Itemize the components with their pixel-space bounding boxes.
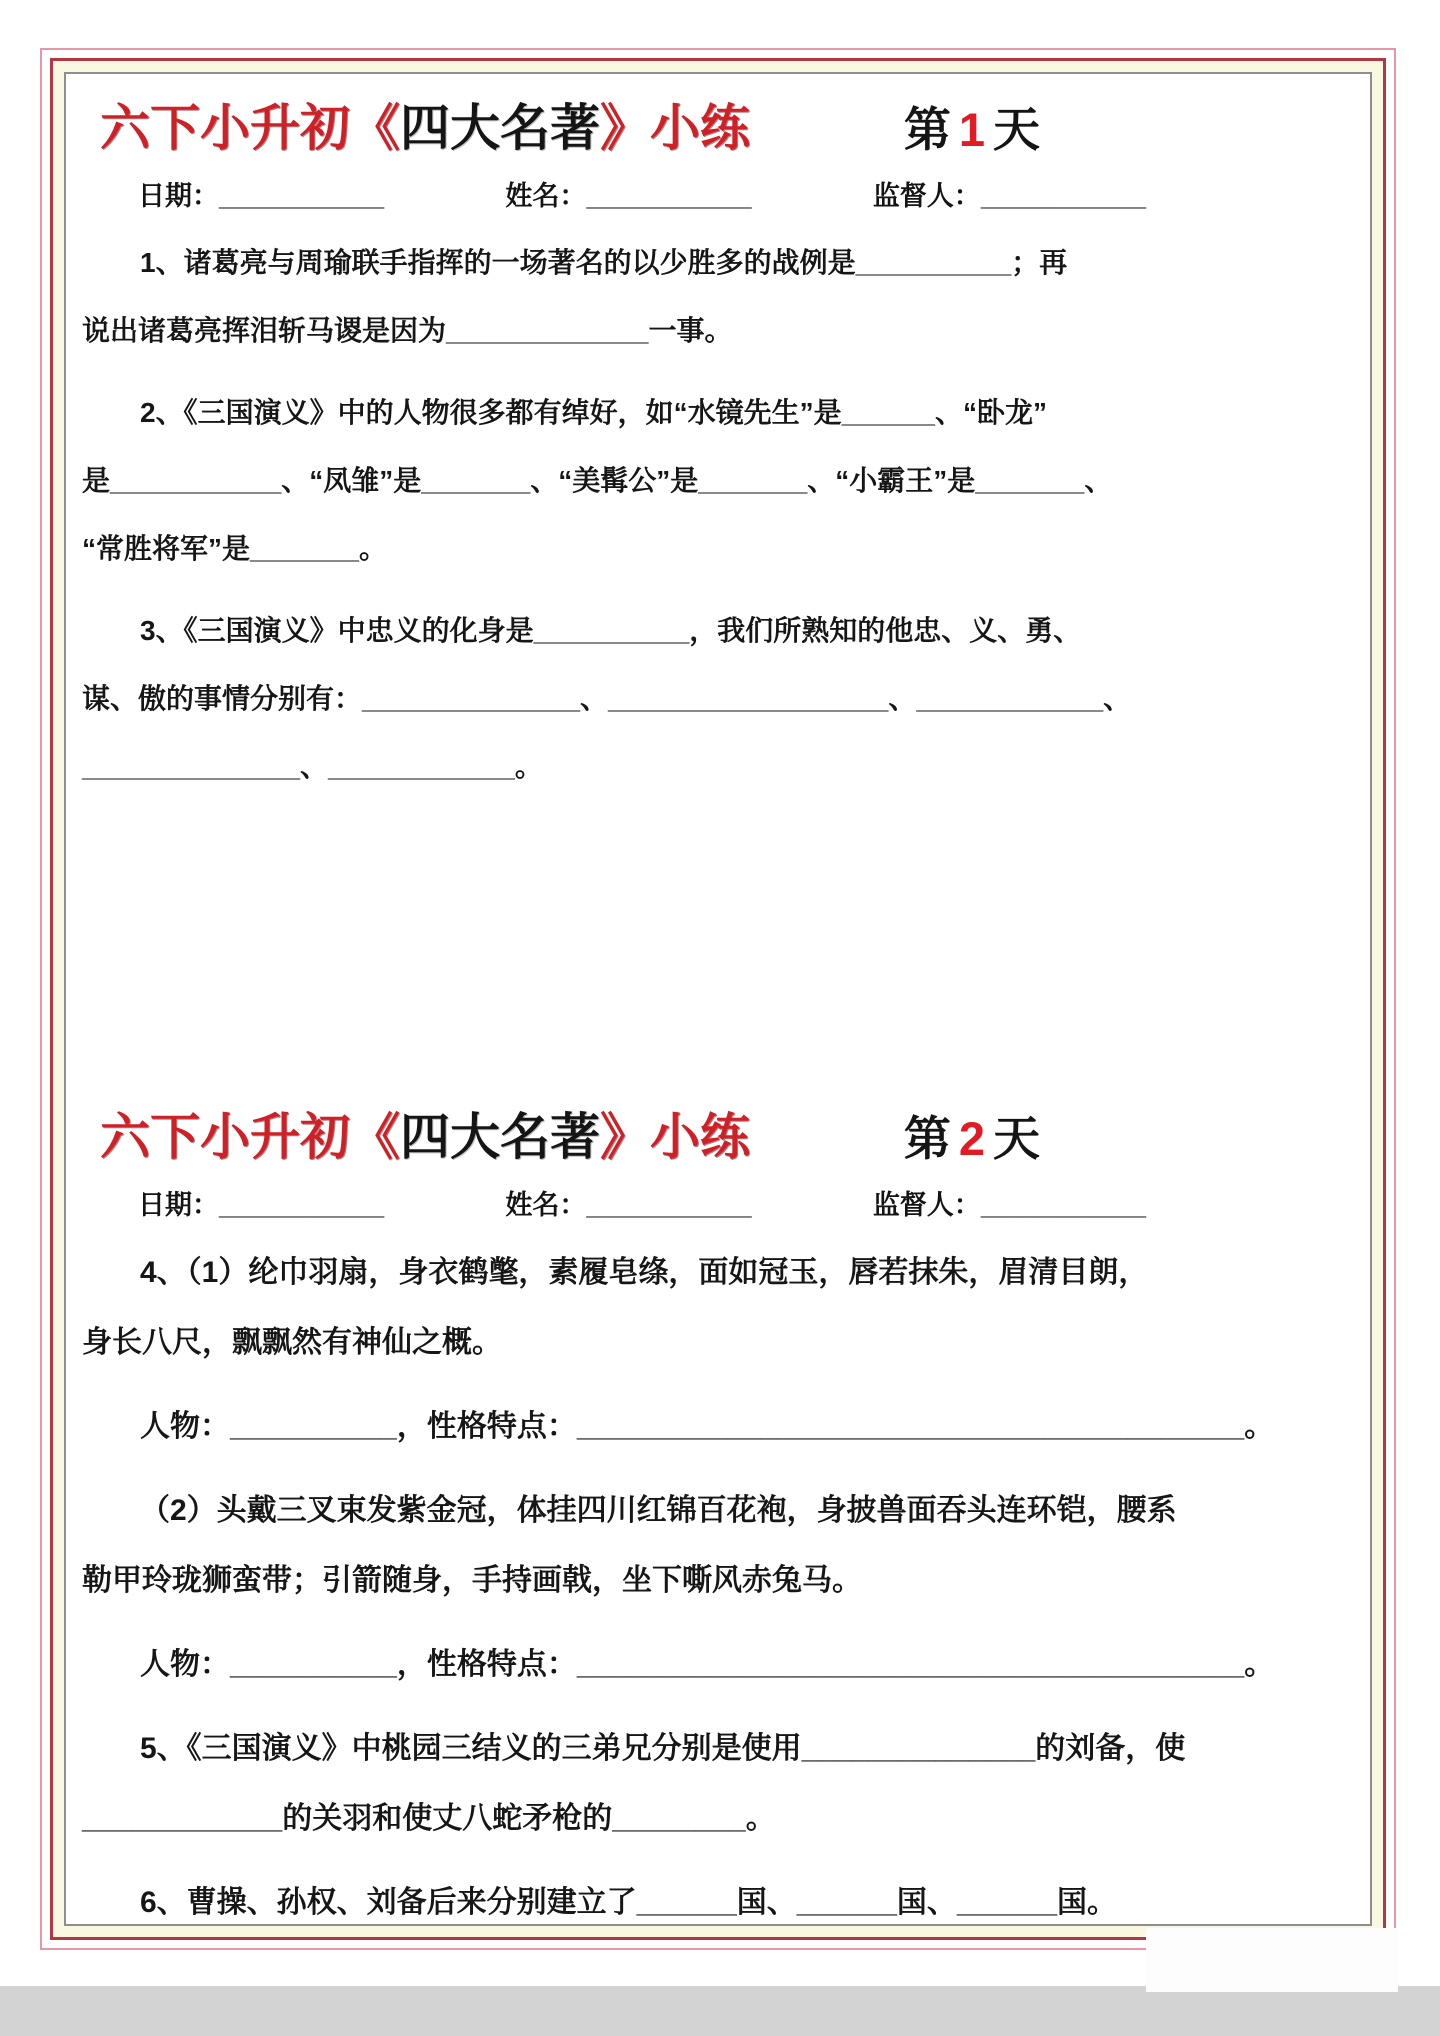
day2-title: 六下小升初《四大名著》小练: [100, 1097, 750, 1169]
question-4-part1-line-2: 身长八尺，飘飘然有神仙之概。: [82, 1308, 1360, 1378]
section-day-2: 六下小升初《四大名著》小练 第2天 日期：___________ 姓名：____…: [82, 1097, 1360, 1926]
date-blank: ___________: [219, 181, 384, 211]
worksheet-inner-frame: 六下小升初《四大名著》小练 第1天 日期：___________ 姓名：____…: [64, 72, 1372, 1926]
day1-label: 第1天: [904, 93, 1048, 160]
supervisor-field: 监督人：___________: [873, 1183, 1146, 1222]
day-prefix: 第: [904, 103, 959, 156]
question-1-line-2: 说出诸葛亮挥泪斩马谡是因为_____________一事。: [82, 297, 1360, 365]
question-4-part2-line-2: 勒甲玲珑狮蛮带；引箭随身，手持画戟，坐下嘶风赤兔马。: [82, 1546, 1360, 1616]
supervisor-label: 监督人：: [873, 1190, 981, 1220]
name-blank: ___________: [586, 1190, 751, 1220]
date-field: 日期：___________: [138, 1183, 384, 1222]
question-2-line-2: 是___________、“凤雏”是_______、“美髯公”是_______、…: [82, 447, 1360, 515]
name-label: 姓名：: [505, 1190, 586, 1220]
name-field: 姓名：___________: [505, 1183, 751, 1222]
question-4-part2-answer-line: 人物：__________，性格特点：_____________________…: [82, 1630, 1360, 1700]
day-suffix: 天: [993, 1112, 1048, 1165]
name-label: 姓名：: [505, 181, 586, 211]
day-number: 2: [959, 1112, 993, 1165]
watermark-patch: [1146, 1928, 1398, 1992]
title-red-post: 小练: [650, 1109, 750, 1165]
question-2-line-1: 2、《三国演义》中的人物很多都有绰好，如“水镜先生”是______、“卧龙”: [82, 379, 1360, 447]
question-3-line-1: 3、《三国演义》中忠义的化身是__________，我们所熟知的他忠、义、勇、: [82, 597, 1360, 665]
title-book-name: 四大名著: [400, 100, 600, 156]
date-label: 日期：: [138, 1190, 219, 1220]
name-field: 姓名：___________: [505, 174, 751, 213]
date-label: 日期：: [138, 181, 219, 211]
section-day-1: 六下小升初《四大名著》小练 第1天 日期：___________ 姓名：____…: [82, 88, 1360, 801]
title-bracket-close: 》: [600, 1109, 650, 1165]
supervisor-field: 监督人：___________: [873, 174, 1146, 213]
supervisor-blank: ___________: [981, 1190, 1146, 1220]
question-5-line-2: ____________的关羽和使丈八蛇矛枪的________。: [82, 1784, 1360, 1854]
question-2-line-3: “常胜将军”是_______。: [82, 515, 1360, 583]
title-book-name: 四大名著: [400, 1109, 600, 1165]
question-4-part1-answer-line: 人物：__________，性格特点：_____________________…: [82, 1392, 1360, 1462]
title-bracket-open: 《: [350, 1109, 400, 1165]
title-red-pre: 六下小升初: [100, 100, 350, 156]
name-blank: ___________: [586, 181, 751, 211]
title-bracket-close: 》: [600, 100, 650, 156]
supervisor-label: 监督人：: [873, 181, 981, 211]
title-red-post: 小练: [650, 100, 750, 156]
day1-header: 六下小升初《四大名著》小练 第1天: [100, 88, 1048, 160]
question-4-part2-line-1: （2）头戴三叉束发紫金冠，体挂四川红锦百花袍，身披兽面吞头连环铠，腰系: [82, 1476, 1360, 1546]
question-3-line-2: 谋、傲的事情分别有：______________、_______________…: [82, 665, 1360, 733]
date-blank: ___________: [219, 1190, 384, 1220]
question-4-part1-line-1: 4、（1）纶巾羽扇，身衣鹤氅，素履皂绦，面如冠玉，唇若抹朱，眉清目朗，: [82, 1238, 1360, 1308]
day2-header: 六下小升初《四大名著》小练 第2天: [100, 1097, 1048, 1169]
day-prefix: 第: [904, 1112, 959, 1165]
day-number: 1: [959, 103, 993, 156]
question-6-line-1: 6、曹操、孙权、刘备后来分别建立了______国、______国、______国…: [82, 1868, 1360, 1926]
day1-meta-row: 日期：___________ 姓名：___________ 监督人：______…: [138, 174, 1146, 213]
question-5-line-1: 5、《三国演义》中桃园三结义的三弟兄分别是使用______________的刘备…: [82, 1714, 1360, 1784]
question-3-line-3: ______________、____________。: [82, 733, 1360, 801]
supervisor-blank: ___________: [981, 181, 1146, 211]
day2-label: 第2天: [904, 1102, 1048, 1169]
day1-title: 六下小升初《四大名著》小练: [100, 88, 750, 160]
page-bottom-gray-strip: [0, 1986, 1440, 2036]
question-1-line-1: 1、诸葛亮与周瑜联手指挥的一场著名的以少胜多的战例是__________；再: [82, 229, 1360, 297]
worksheet-red-frame: 六下小升初《四大名著》小练 第1天 日期：___________ 姓名：____…: [50, 58, 1386, 1940]
title-red-pre: 六下小升初: [100, 1109, 350, 1165]
day2-meta-row: 日期：___________ 姓名：___________ 监督人：______…: [138, 1183, 1146, 1222]
title-bracket-open: 《: [350, 100, 400, 156]
worksheet-outer-frame: 六下小升初《四大名著》小练 第1天 日期：___________ 姓名：____…: [40, 48, 1396, 1950]
day-suffix: 天: [993, 103, 1048, 156]
date-field: 日期：___________: [138, 174, 384, 213]
